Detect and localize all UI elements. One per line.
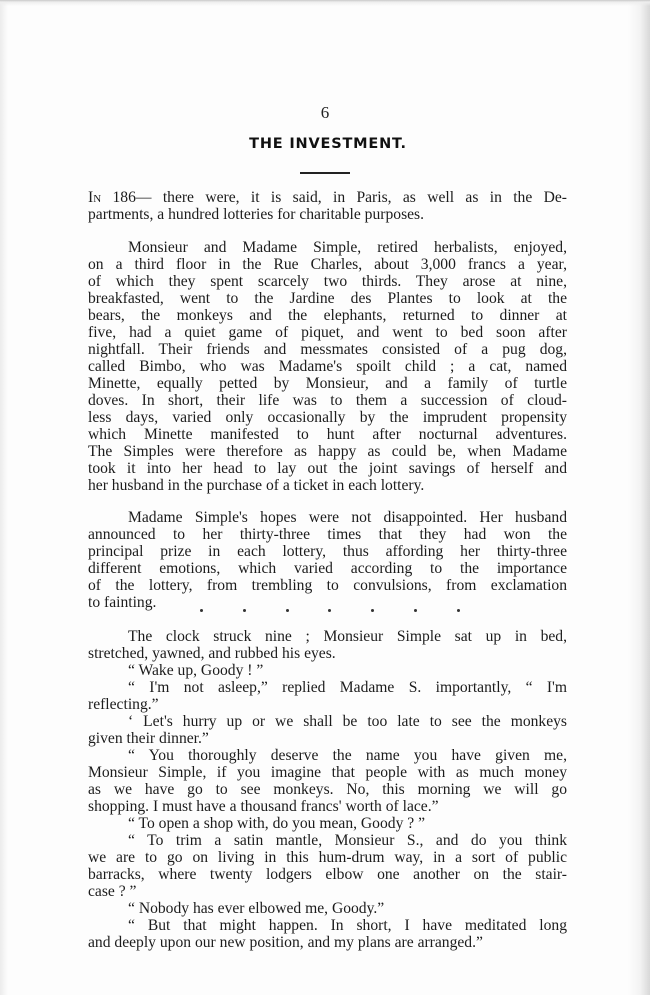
text-line: case ? ” <box>88 883 567 900</box>
text-line: reflecting.” <box>88 696 567 713</box>
text-line: Madame Simple's hopes were not disappoin… <box>88 509 567 526</box>
text-line: Monsieur and Madame Simple, retired herb… <box>88 239 567 256</box>
line-text: 186— there were, it is said, in Paris, a… <box>101 189 567 206</box>
text-line: announced to her thirty-three times that… <box>88 526 567 543</box>
section-break-dots <box>200 609 460 619</box>
paragraph-intro: In 186— there were, it is said, in Paris… <box>88 189 567 223</box>
book-page: 6 THE INVESTMENT. In 186— there were, it… <box>0 0 650 995</box>
text-line: five, had a quiet game of piquet, and we… <box>88 324 567 341</box>
text-line: we are to go on living in this hum-drum … <box>88 849 567 866</box>
text-line: nightfall. Their friends and messmates c… <box>88 341 567 358</box>
text-line: The Simples were therefore as happy as c… <box>88 443 567 460</box>
separator-dot <box>328 609 331 612</box>
text-line: as we have go to see monkeys. No, this m… <box>88 781 567 798</box>
text-line: shopping. I must have a thousand francs'… <box>88 798 567 815</box>
text-line: “ But that might happen. In short, I hav… <box>88 917 567 934</box>
text-line: less days, varied only occasionally by t… <box>88 409 567 426</box>
paragraph-simples: Monsieur and Madame Simple, retired herb… <box>88 239 567 494</box>
text-line: different emotions, which varied accordi… <box>88 560 567 577</box>
separator-dot <box>457 609 460 612</box>
text-line: barracks, where twenty lodgers elbow one… <box>88 866 567 883</box>
text-line: of the lottery, from trembling to convul… <box>88 577 567 594</box>
text-line: ‘ Let's hurry up or we shall be too late… <box>88 713 567 730</box>
paragraph-dialogue: The clock struck nine ; Monsieur Simple … <box>88 628 567 951</box>
paragraph-hopes: Madame Simple's hopes were not disappoin… <box>88 509 567 611</box>
text-line: The clock struck nine ; Monsieur Simple … <box>88 628 567 645</box>
small-caps-lead: In <box>88 189 101 206</box>
text-line: of which they spent scarcely two thirds.… <box>88 273 567 290</box>
text-line: “ You thoroughly deserve the name you ha… <box>88 747 567 764</box>
text-line: “ Wake up, Goody ! ” <box>88 662 567 679</box>
text-line: “ Nobody has ever elbowed me, Goody.” <box>88 900 567 917</box>
text-line: breakfasted, went to the Jardine des Pla… <box>88 290 567 307</box>
text-line: which Minette manifested to hunt after n… <box>88 426 567 443</box>
text-line: “ I'm not asleep,” replied Madame S. imp… <box>88 679 567 696</box>
text-line: partments, a hundred lotteries for chari… <box>88 206 567 223</box>
text-line: “ To trim a satin mantle, Monsieur S., a… <box>88 832 567 849</box>
separator-dot <box>200 609 203 612</box>
separator-dot <box>243 609 246 612</box>
text-line: doves. In short, their life was to them … <box>88 392 567 409</box>
text-line: called Bimbo, who was Madame's spoilt ch… <box>88 358 567 375</box>
separator-dot <box>286 609 289 612</box>
text-line: bears, the monkeys and the elephants, re… <box>88 307 567 324</box>
chapter-title: THE INVESTMENT. <box>3 136 650 152</box>
separator-dot <box>371 609 374 612</box>
text-line: principal prize in each lottery, thus af… <box>88 543 567 560</box>
title-rule <box>300 172 350 174</box>
page-number: 6 <box>0 103 650 123</box>
text-line: In 186— there were, it is said, in Paris… <box>88 189 567 206</box>
text-line: on a third floor in the Rue Charles, abo… <box>88 256 567 273</box>
text-line: her husband in the purchase of a ticket … <box>88 477 567 494</box>
text-line: stretched, yawned, and rubbed his eyes. <box>88 645 567 662</box>
text-line: took it into her head to lay out the joi… <box>88 460 567 477</box>
text-line: Monsieur Simple, if you imagine that peo… <box>88 764 567 781</box>
text-line: Minette, equally petted by Monsieur, and… <box>88 375 567 392</box>
text-line: “ To open a shop with, do you mean, Good… <box>88 815 567 832</box>
separator-dot <box>414 609 417 612</box>
text-line: and deeply upon our new position, and my… <box>88 934 567 951</box>
text-line: given their dinner.” <box>88 730 567 747</box>
